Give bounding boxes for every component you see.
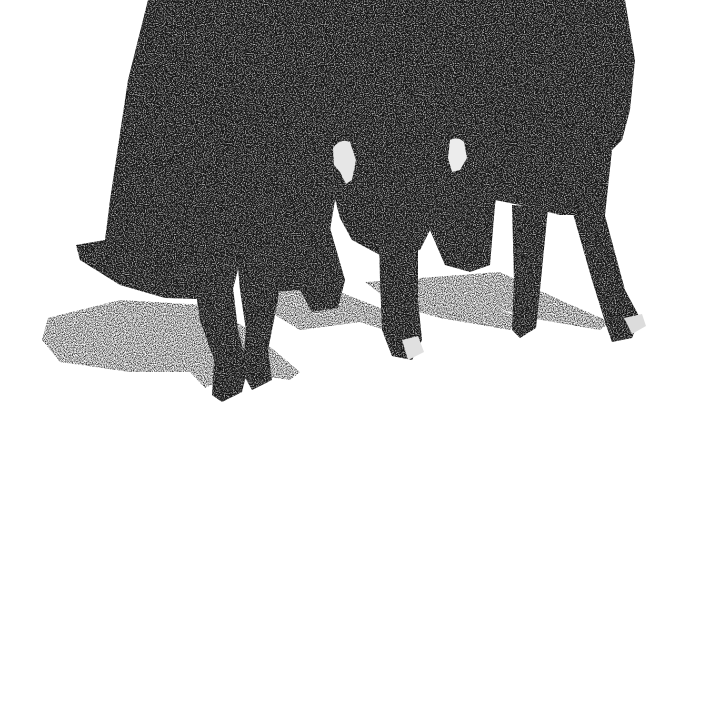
photo-canvas — [0, 0, 720, 720]
photograph — [0, 0, 720, 720]
